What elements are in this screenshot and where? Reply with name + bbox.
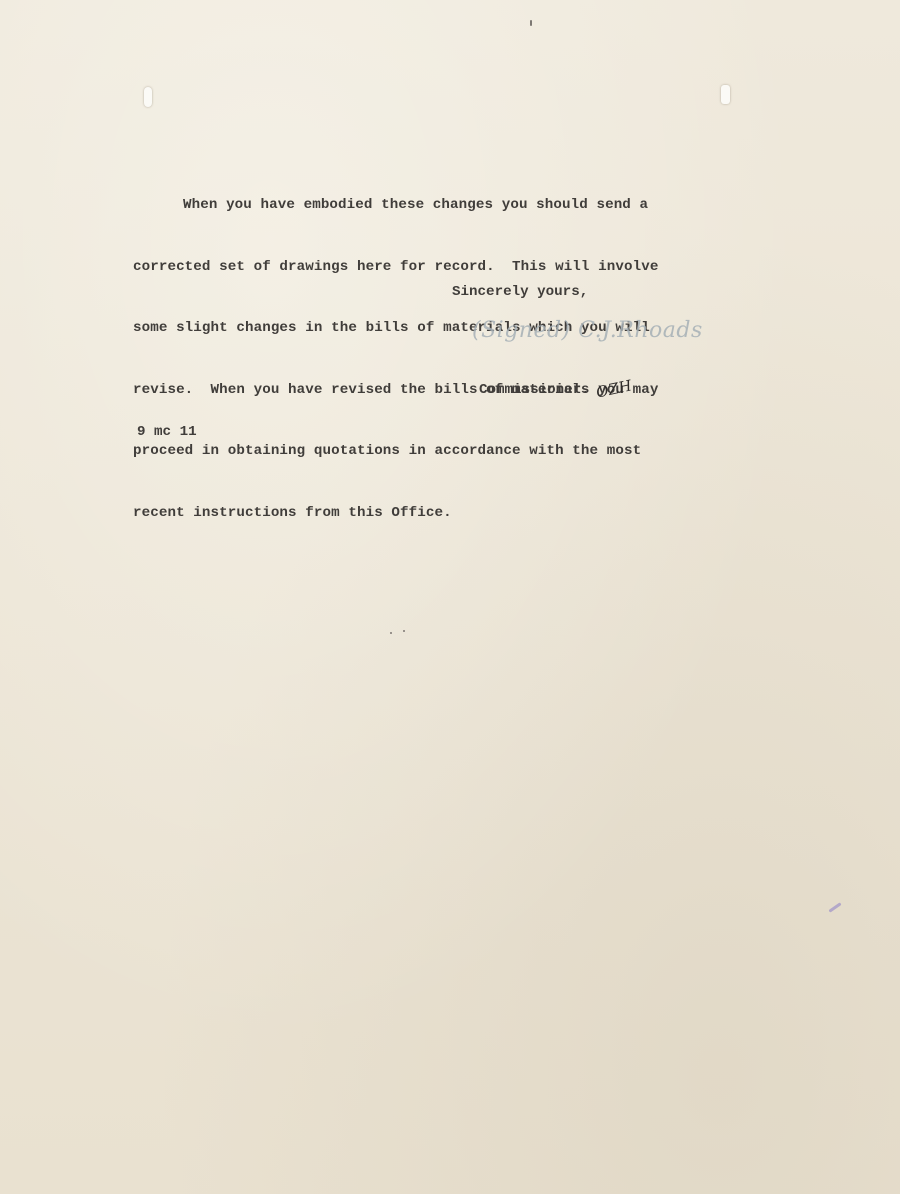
body-line: revise. When you have revised the bills … xyxy=(133,380,733,401)
pencil-mark xyxy=(828,902,841,912)
letter-page: When you have embodied these changes you… xyxy=(0,0,900,1194)
letter-body: When you have embodied these changes you… xyxy=(133,154,733,564)
ink-speck xyxy=(530,20,532,26)
body-line: corrected set of drawings here for recor… xyxy=(133,257,733,278)
body-line: proceed in obtaining quotations in accor… xyxy=(133,441,733,462)
body-line: recent instructions from this Office. xyxy=(133,503,733,524)
punch-hole-right xyxy=(721,85,730,104)
closing-salutation: Sincerely yours, xyxy=(452,284,588,300)
signature-stamp: (Signed) C.J.Rhoads xyxy=(472,318,703,343)
signer-title: Commissioner. xyxy=(479,382,590,398)
ink-speck xyxy=(390,632,392,634)
ink-speck xyxy=(403,630,405,632)
reference-code: 9 mc 11 xyxy=(137,424,197,440)
punch-hole-left xyxy=(144,87,152,107)
body-line: When you have embodied these changes you… xyxy=(133,195,733,216)
